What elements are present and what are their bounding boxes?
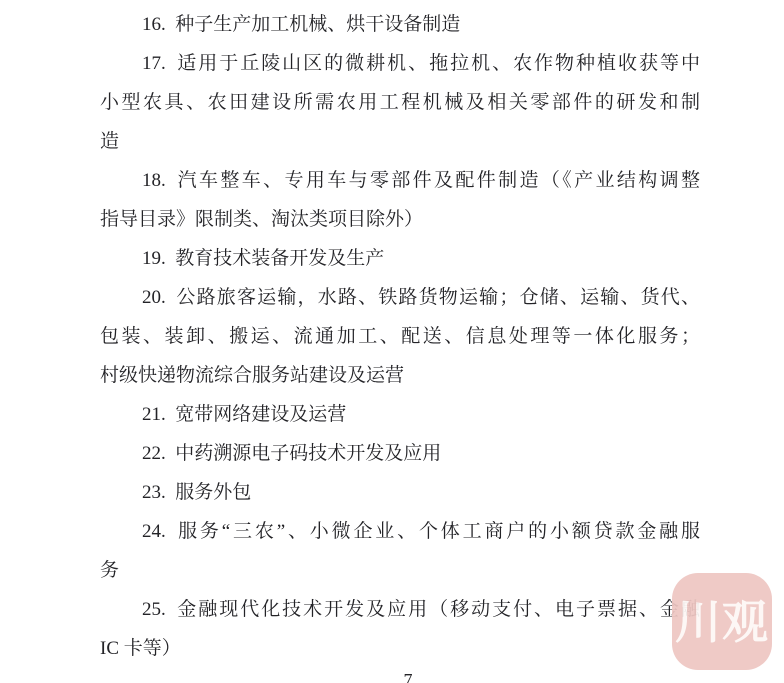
item-17-line-1: 17. 适用于丘陵山区的微耕机、拖拉机、农作物种植收获等中: [100, 44, 700, 83]
item-20-line-2: 包装、装卸、搬运、流通加工、配送、信息处理等一体化服务；: [100, 317, 700, 356]
watermark-text: 川观: [675, 600, 769, 646]
page-number: 7: [0, 669, 784, 683]
item-25-line-1: 25. 金融现代化技术开发及应用（移动支付、电子票据、金融: [100, 590, 700, 629]
item-24-line-2: 务: [100, 551, 700, 590]
item-25-line-2: IC 卡等）: [100, 629, 700, 668]
item-23-line-1: 23. 服务外包: [100, 473, 700, 512]
document-page: 16. 种子生产加工机械、烘干设备制造17. 适用于丘陵山区的微耕机、拖拉机、农…: [0, 0, 784, 683]
item-17-line-3: 造: [100, 122, 700, 161]
item-17-line-2: 小型农具、农田建设所需农用工程机械及相关零部件的研发和制: [100, 83, 700, 122]
item-21-line-1: 21. 宽带网络建设及运营: [100, 395, 700, 434]
item-18-line-1: 18. 汽车整车、专用车与零部件及配件制造（《产业结构调整: [100, 161, 700, 200]
item-18-line-2: 指导目录》限制类、淘汰类项目除外）: [100, 200, 700, 239]
item-22-line-1: 22. 中药溯源电子码技术开发及应用: [100, 434, 700, 473]
document-body: 16. 种子生产加工机械、烘干设备制造17. 适用于丘陵山区的微耕机、拖拉机、农…: [100, 5, 700, 668]
item-20-line-3: 村级快递物流综合服务站建设及运营: [100, 356, 700, 395]
chuanguan-watermark: 川观: [672, 573, 772, 670]
item-19-line-1: 19. 教育技术装备开发及生产: [100, 239, 700, 278]
item-24-line-1: 24. 服务“三农”、小微企业、个体工商户的小额贷款金融服: [100, 512, 700, 551]
item-16-line-1: 16. 种子生产加工机械、烘干设备制造: [100, 5, 700, 44]
item-20-line-1: 20. 公路旅客运输，水路、铁路货物运输；仓储、运输、货代、: [100, 278, 700, 317]
